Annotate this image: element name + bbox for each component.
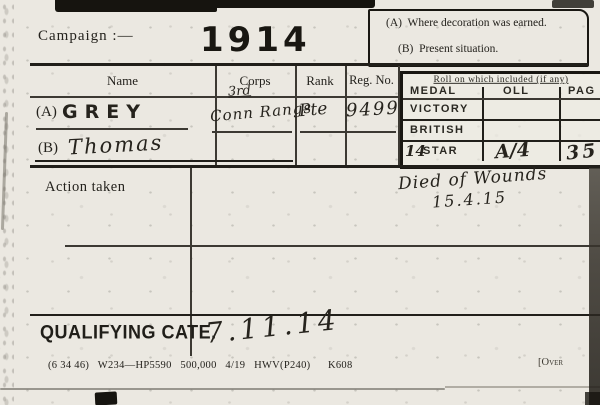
row-b-prefix: (B) [38, 140, 58, 157]
star-roll-handwritten: A/4 [494, 139, 530, 163]
medal-box-rule [403, 98, 600, 100]
medal-box-rule [403, 119, 600, 121]
top-edge-smudge [210, 0, 375, 8]
column-header-rank: Rank [295, 73, 345, 89]
table-header-rule [30, 96, 398, 98]
star-page-handwritten: 35 [565, 139, 600, 164]
medal-column-header: MEDAL [410, 85, 457, 97]
rank-handwritten: Pte [298, 99, 328, 121]
over-label: [Over [538, 357, 563, 368]
entry-underline [36, 128, 188, 130]
death-date-handwritten: 15.4.15 [431, 187, 507, 211]
right-edge-shadow [589, 168, 600, 405]
bottom-right-smudge [585, 392, 600, 405]
medal-roll-box: Roll on which included (if any) MEDAL OL… [400, 71, 600, 169]
roll-column-header: OLL [503, 85, 530, 97]
medal-row-star: STAR [423, 145, 458, 157]
corps-handwritten: Conn Rangs [209, 99, 312, 126]
mid-rule [65, 245, 600, 247]
bottom-ink-blob [95, 391, 118, 405]
campaign-year: 1914 [200, 20, 311, 60]
medal-roll-title: Roll on which included (if any) [403, 75, 599, 85]
action-taken-label: Action taken [45, 179, 126, 196]
entry-underline [212, 131, 292, 133]
qualifying-date-label: QUALIFYING CATE. [40, 321, 217, 344]
notes-box: (A) Where decoration was earned. (B) Pre… [368, 9, 589, 67]
note-present-situation: (B) Present situation. [398, 43, 498, 55]
page-column-header: PAG [568, 85, 596, 97]
entry-underline [35, 160, 293, 162]
medal-index-card: Campaign :— 1914 (A) Where decoration wa… [0, 0, 600, 405]
row-a-prefix: (A) [36, 104, 57, 121]
note-where-earned: (A) Where decoration was earned. [386, 17, 547, 29]
reg-no-handwritten: 9499 [345, 98, 400, 122]
surname-handwritten: GREY [62, 101, 147, 123]
column-header-reg-no: Reg. No. [345, 73, 398, 88]
header-rule [30, 63, 588, 66]
corps-ordinal-handwritten: 3rd [228, 83, 252, 100]
medal-row-british: BRITISH [410, 124, 465, 136]
qualifying-date-handwritten: 7.11.14 [204, 303, 342, 350]
medal-row-victory: VICTORY [410, 103, 469, 115]
bottom-smudge-line [0, 388, 445, 390]
bottom-smudge-line [445, 386, 600, 388]
entry-underline [300, 131, 396, 133]
forename-handwritten: Thomas [67, 131, 164, 160]
top-right-smudge [552, 0, 594, 8]
campaign-label: Campaign :— [38, 28, 134, 45]
column-header-name: Name [30, 73, 215, 89]
printer-imprint: (6 34 46) W234—HP5590 500,000 4/19 HWV(P… [48, 360, 353, 371]
top-edge-smudge [55, 0, 217, 12]
